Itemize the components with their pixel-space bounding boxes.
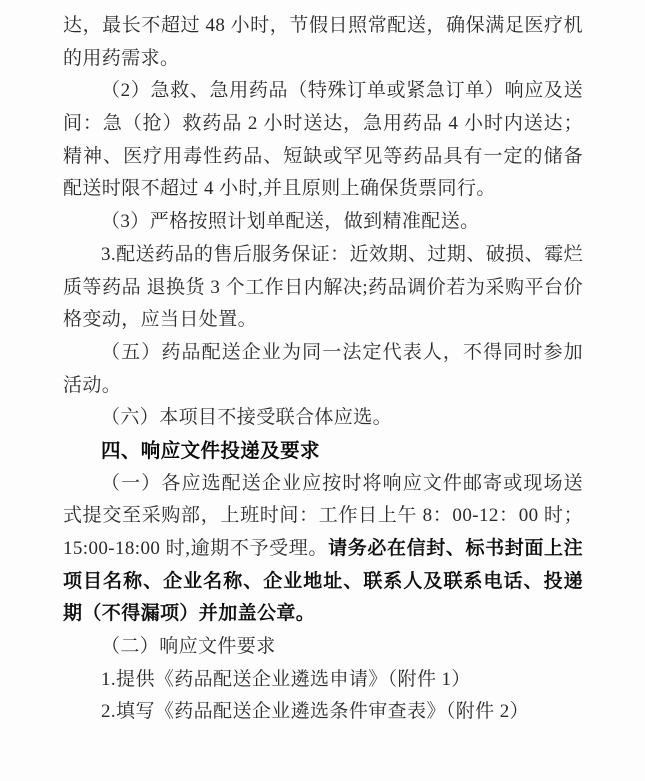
bold-text: 项目名称、企业名称、企业地址、联系人及联系电话、投递日 [63,571,583,599]
body-text: 3.配送药品的售后服务保证：近效期、过期、破损、霉烂变 [63,244,583,272]
body-text: 质等药品 退换货 3 个工作日内解决;药品调价若为采购平台价 [63,277,583,298]
bold-text: 四、响应文件投递及要求 [101,440,320,462]
text-line: （2）急救、急用药品（特殊订单或紧急订单）响应及送达时 [63,75,583,108]
body-text: （一）各应选配送企业应按时将响应文件邮寄或现场送达方 [63,473,583,501]
text-line: 2.填写《药品配送企业遴选条件审查表》（附件 2） [63,696,583,729]
body-text: 1.提供《药品配送企业遴选申请》（附件 1） [101,669,471,690]
body-text: 格变动，应当日处置。 [63,309,257,330]
text-line: 质等药品 退换货 3 个工作日内解决;药品调价若为采购平台价 [63,272,583,305]
text-line: 格变动，应当日处置。 [63,304,583,337]
text-line: 活动。 [63,370,583,403]
body-text: （2）急救、急用药品（特殊订单或紧急订单）响应及送达时 [63,80,583,108]
text-line: 3.配送药品的售后服务保证：近效期、过期、破损、霉烂变 [63,239,583,272]
body-text: 达，最长不超过 48 小时，节假日照常配送，确保满足医疗机构 [63,15,583,43]
text-line: 期（不得漏项）并加盖公章。 [63,598,583,631]
body-text: 式提交至采购部，上班时间：工作日上午 8：00-12：00 时；下午： [63,505,583,533]
bold-text: 期（不得漏项）并加盖公章。 [63,603,315,624]
body-text: 的用药需求。 [63,48,179,69]
text-line: （一）各应选配送企业应按时将响应文件邮寄或现场送达方 [63,468,583,501]
text-line: 1.提供《药品配送企业遴选申请》（附件 1） [63,664,583,697]
text-line: 15:00-18:00 时,逾期不予受理。请务必在信封、标书封面上注明 [63,533,583,566]
text-line: （六）本项目不接受联合体应选。 [63,402,583,435]
body-text: 15:00-18:00 时,逾期不予受理。 [63,538,328,559]
body-text: 活动。 [63,375,121,396]
body-text: 间：急（抢）救药品 2 小时送达，急用药品 4 小时内送达；麻醉、 [63,113,583,141]
text-line: （3）严格按照计划单配送，做到精准配送。 [63,206,583,239]
text-line: 间：急（抢）救药品 2 小时送达，急用药品 4 小时内送达；麻醉、 [63,108,583,141]
body-text: （五）药品配送企业为同一法定代表人，不得同时参加遴选 [63,342,583,370]
body-text: （二）响应文件要求 [101,636,276,657]
text-line: 达，最长不超过 48 小时，节假日照常配送，确保满足医疗机构 [63,10,583,43]
body-text: 精神、医疗用毒性药品、短缺或罕见等药品具有一定的储备量， [63,146,583,174]
text-line: （五）药品配送企业为同一法定代表人，不得同时参加遴选 [63,337,583,370]
section-heading: 四、响应文件投递及要求 [63,435,583,468]
body-text: 2.填写《药品配送企业遴选条件审查表》（附件 2） [101,701,529,722]
body-text: （六）本项目不接受联合体应选。 [101,407,392,428]
text-block: 达，最长不超过 48 小时，节假日照常配送，确保满足医疗机构的用药需求。（2）急… [63,10,583,729]
body-text: 配送时限不超过 4 小时,并且原则上确保货票同行。 [63,178,496,199]
text-line: （二）响应文件要求 [63,631,583,664]
text-line: 项目名称、企业名称、企业地址、联系人及联系电话、投递日 [63,566,583,599]
text-line: 精神、医疗用毒性药品、短缺或罕见等药品具有一定的储备量， [63,141,583,174]
document-page: 达，最长不超过 48 小时，节假日照常配送，确保满足医疗机构的用药需求。（2）急… [0,0,645,781]
text-line: 式提交至采购部，上班时间：工作日上午 8：00-12：00 时；下午： [63,500,583,533]
text-line: 的用药需求。 [63,43,583,76]
text-line: 配送时限不超过 4 小时,并且原则上确保货票同行。 [63,173,583,206]
body-text: （3）严格按照计划单配送，做到精准配送。 [101,211,480,232]
